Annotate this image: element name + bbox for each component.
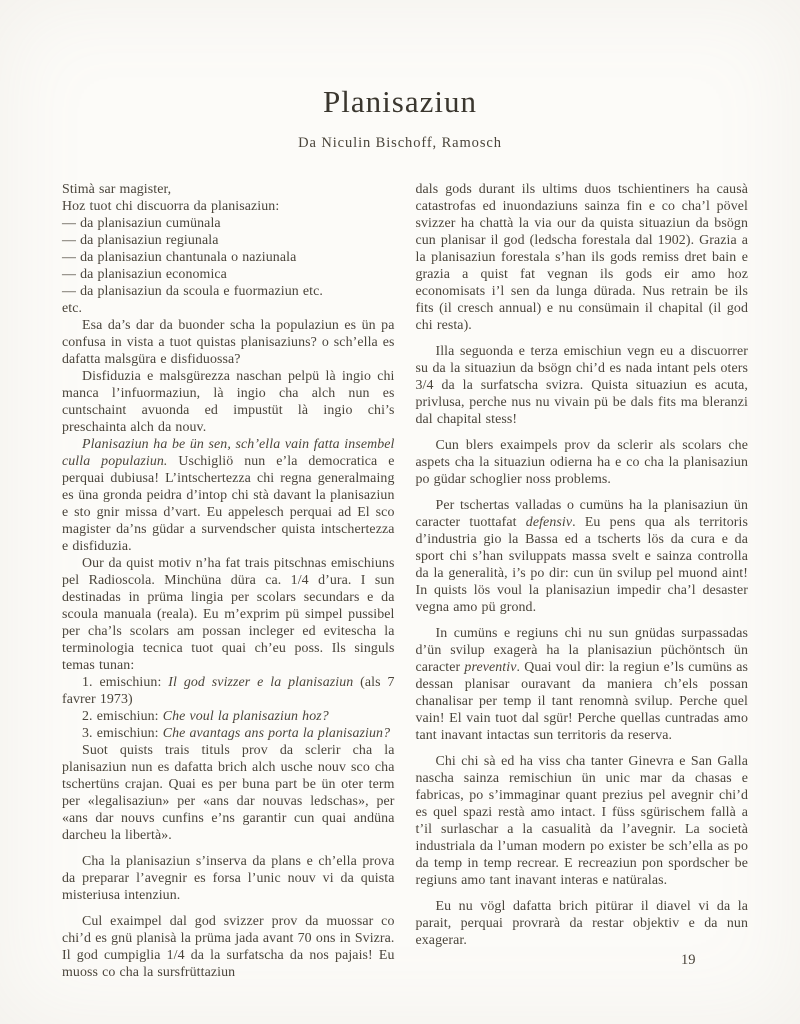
text-run: 1. emischiun: [82, 675, 168, 690]
paragraph: Suot quists trais tituls prov da sclerir… [62, 742, 395, 844]
page-number: 19 [681, 952, 696, 969]
text-run: — da planisaziun da scoula e fuormaziun … [62, 284, 323, 299]
text-run: 3. emischiun: [82, 726, 163, 741]
italic-run: Che voul la planisaziun hoz? [163, 709, 329, 724]
paragraph: Per tschertas valladas o cumüns ha la pl… [416, 497, 749, 616]
paragraph: Our da quist motiv n’ha fat trais pitsch… [62, 555, 395, 674]
left-column: Stimà sar magister,Hoz tuot chi discuorr… [62, 181, 395, 981]
italic-run: Che avantags ans porta la planisaziun? [163, 726, 390, 741]
text-run: Disfiduzia e malsgürezza naschan pelpü l… [62, 369, 395, 435]
italic-run: preventiv [464, 660, 516, 675]
text-run: — da planisaziun regiunala [62, 233, 218, 248]
paragraph: In cumüns e regiuns chi nu sun gnüdas su… [416, 625, 749, 744]
page-title: Planisaziun [0, 0, 800, 120]
text-run: 2. emischiun: [82, 709, 163, 724]
text-run: Cun blers exaimpels prov da sclerir als … [416, 438, 749, 487]
paragraph: Esa da’s dar da buonder scha la populazi… [62, 317, 395, 368]
italic-run: Il god svizzer e la planisaziun [168, 675, 353, 690]
text-run: Chi chi sà ed ha viss cha tanter Ginevra… [416, 754, 749, 888]
text-columns: Stimà sar magister,Hoz tuot chi discuorr… [0, 152, 800, 981]
text-run: Cha la planisaziun s’inserva da plans e … [62, 854, 395, 903]
list-item: — da planisaziun chantunala o naziunala [62, 249, 395, 266]
list-item: — da planisaziun cumünala [62, 215, 395, 232]
emission-item: 1. emischiun: Il god svizzer e la planis… [62, 674, 395, 708]
document-page: Planisaziun Da Niculin Bischoff, Ramosch… [0, 0, 800, 1024]
text-run: Eu nu vögl dafatta brich pitürar il diav… [416, 899, 749, 948]
list-item-continuation: etc. [62, 300, 395, 317]
text-run: — da planisaziun cumünala [62, 216, 221, 231]
paragraph: Chi chi sà ed ha viss cha tanter Ginevra… [416, 753, 749, 889]
paragraph: Cul exaimpel dal god svizzer prov da muo… [62, 913, 395, 981]
paragraph: Illa seguonda e terza emischiun vegn eu … [416, 343, 749, 428]
text-run: Suot quists trais tituls prov da sclerir… [62, 743, 395, 843]
list-item: — da planisaziun regiunala [62, 232, 395, 249]
paragraph: Planisaziun ha be ün sen, sch’ella vain … [62, 436, 395, 555]
emission-item: 3. emischiun: Che avantags ans porta la … [62, 725, 395, 742]
intro-line: Hoz tuot chi discuorra da planisaziun: [62, 198, 395, 215]
emission-item: 2. emischiun: Che voul la planisaziun ho… [62, 708, 395, 725]
paragraph: Eu nu vögl dafatta brich pitürar il diav… [416, 898, 749, 949]
text-run: dals gods durant ils ultims duos tschien… [416, 182, 749, 333]
paragraph: Disfiduzia e malsgürezza naschan pelpü l… [62, 368, 395, 436]
right-column: dals gods durant ils ultims duos tschien… [416, 181, 749, 981]
text-run: etc. [62, 301, 82, 316]
byline: Da Niculin Bischoff, Ramosch [0, 135, 800, 152]
text-run: Illa seguonda e terza emischiun vegn eu … [416, 344, 749, 427]
text-run: Our da quist motiv n’ha fat trais pitsch… [62, 556, 395, 673]
list-item: — da planisaziun economica [62, 266, 395, 283]
text-run: . Eu pens qua als territoris d’industria… [416, 515, 749, 615]
paragraph: dals gods durant ils ultims duos tschien… [416, 181, 749, 334]
text-run: Esa da’s dar da buonder scha la populazi… [62, 318, 395, 367]
text-run: Hoz tuot chi discuorra da planisaziun: [62, 199, 279, 214]
paragraph: Cun blers exaimpels prov da sclerir als … [416, 437, 749, 488]
italic-run: defensiv [526, 515, 572, 530]
text-run: Stimà sar magister, [62, 182, 171, 197]
text-run: Cul exaimpel dal god svizzer prov da muo… [62, 914, 395, 980]
text-run: — da planisaziun economica [62, 267, 227, 282]
text-run: Uschigliö nun e’la democratica e perquai… [62, 454, 395, 554]
text-run: — da planisaziun chantunala o naziunala [62, 250, 296, 265]
salutation: Stimà sar magister, [62, 181, 395, 198]
paragraph: Cha la planisaziun s’inserva da plans e … [62, 853, 395, 904]
list-item: — da planisaziun da scoula e fuormaziun … [62, 283, 395, 300]
